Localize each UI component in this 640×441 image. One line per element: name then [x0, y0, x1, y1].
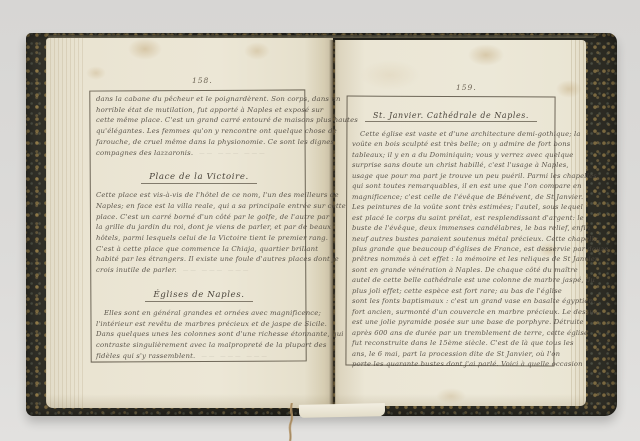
manuscript-line: farouche, de cruel même dans la physiono… [96, 137, 302, 148]
manuscript-line: place. C'est un carré borné d'un côté pa… [96, 212, 302, 223]
left-page-number: 158. [192, 76, 213, 85]
right-page-manuscript-text: St. Janvier. Cathédrale de Naples. Cette… [352, 101, 550, 372]
manuscript-line: Les peintures de la voûte sont très esti… [352, 202, 550, 212]
manuscript-line: hôtels, parmi lesquels celui de la Victo… [96, 233, 302, 244]
manuscript-line: dans la cabane du pêcheur et le poignard… [96, 94, 302, 105]
manuscript-line: est placé le corps du saint prélat, est … [352, 213, 550, 223]
left-paragraph-3: Elles sont en général grandes et ornées … [96, 308, 302, 363]
manuscript-line: Cette église est vaste et d'une architec… [352, 129, 550, 139]
manuscript-line: compagnes des lazzaronis. [96, 148, 302, 160]
right-page-number: 159. [456, 83, 477, 92]
bookmark-ribbon [281, 403, 303, 441]
heading-eglises-de-naples: Églises de Naples. [96, 282, 302, 302]
manuscript-line: Naples; en face est la villa reale, qui … [96, 201, 302, 212]
manuscript-line: cette même place. C'est un grand carré e… [96, 115, 302, 126]
manuscript-line: la grille du jardin du roi, dont je vien… [96, 222, 302, 233]
manuscript-line: neuf autres bustes paraient soutenus mét… [352, 234, 550, 244]
manuscript-line: magnificence; c'est celle de l'évêque de… [352, 192, 550, 202]
bottom-page-edge [299, 403, 385, 418]
heading-st-janvier-cathedrale: St. Janvier. Cathédrale de Naples. [352, 103, 550, 122]
manuscript-line: usage que pour ma part je trouve un peu … [352, 171, 550, 181]
manuscript-line: horrible état de mutilation, fut apporté… [96, 105, 302, 116]
left-page-manuscript-text: dans la cabane du pêcheur et le poignard… [96, 94, 302, 365]
right-paragraph: Cette église est vaste et d'une architec… [352, 129, 550, 369]
manuscript-line: qui sont toutes remarquables, il en est … [352, 181, 550, 191]
manuscript-line: sont en grande vénération à Naples. De c… [352, 265, 550, 275]
manuscript-line: l'intérieur est revêtu de marbres précie… [96, 319, 302, 330]
left-paragraph-2: Cette place est vis-à-vis de l'hôtel de … [96, 190, 302, 277]
manuscript-line: sont les fonts baptismaux : c'est un gra… [352, 296, 550, 306]
manuscript-line: surprise sans doute un christ habillé, c… [352, 160, 550, 170]
manuscript-line: autel de cette belle cathédrale est une … [352, 275, 550, 285]
manuscript-line: Dans quelques unes les colonnes sont d'u… [96, 329, 302, 340]
manuscript-line: tableaux; il y en a du Dominiquin; vous … [352, 150, 550, 160]
manuscript-line: plus joli effet; cette espèce est fort r… [352, 286, 550, 296]
manuscript-line: contraste singulièrement avec la malprop… [96, 340, 302, 351]
manuscript-line: fidèles qui s'y rassemblent. [96, 351, 302, 363]
manuscript-line: plus grande que beaucoup d'églises de Fr… [352, 244, 550, 254]
manuscript-line: fort ancien, surmonté d'un couvercle en … [352, 307, 550, 317]
heading-place-de-la-victoire: Place de la Victoire. [96, 164, 302, 184]
manuscript-line: porte les quarante bustes dont j'ai parl… [352, 359, 550, 369]
manuscript-line: fut reconstruite dans le 15ème siècle. C… [352, 338, 550, 348]
manuscript-line: est une jolie pyramide posée sur une bas… [352, 317, 550, 327]
manuscript-line: après 600 ans de durée par un tremblemen… [352, 328, 550, 338]
manuscript-line: ans, le 6 mai, part la procession dite d… [352, 349, 550, 359]
manuscript-line: habité par les étrangers. Il existe une … [96, 254, 302, 265]
photo-of-open-manuscript-book: 158. 159. dans la cabane du pêcheur et l… [0, 0, 640, 441]
left-paragraph-1: dans la cabane du pêcheur et le poignard… [96, 94, 302, 159]
manuscript-line: voûte en bois sculpté est très belle; on… [352, 139, 550, 149]
manuscript-line: prêtres nommés à cet effet : la mémoire … [352, 254, 550, 264]
manuscript-line: Cette place est vis-à-vis de l'hôtel de … [96, 190, 302, 201]
manuscript-line: buste de l'évêque, deux immenses candéla… [352, 223, 550, 233]
manuscript-line: Elles sont en général grandes et ornées … [96, 308, 302, 319]
manuscript-line: C'est à cette place que commence la Chia… [96, 244, 302, 255]
manuscript-line: crois inutile de parler. [96, 265, 302, 277]
manuscript-line: qu'élégantes. Les femmes qu'on y rencont… [96, 126, 302, 137]
